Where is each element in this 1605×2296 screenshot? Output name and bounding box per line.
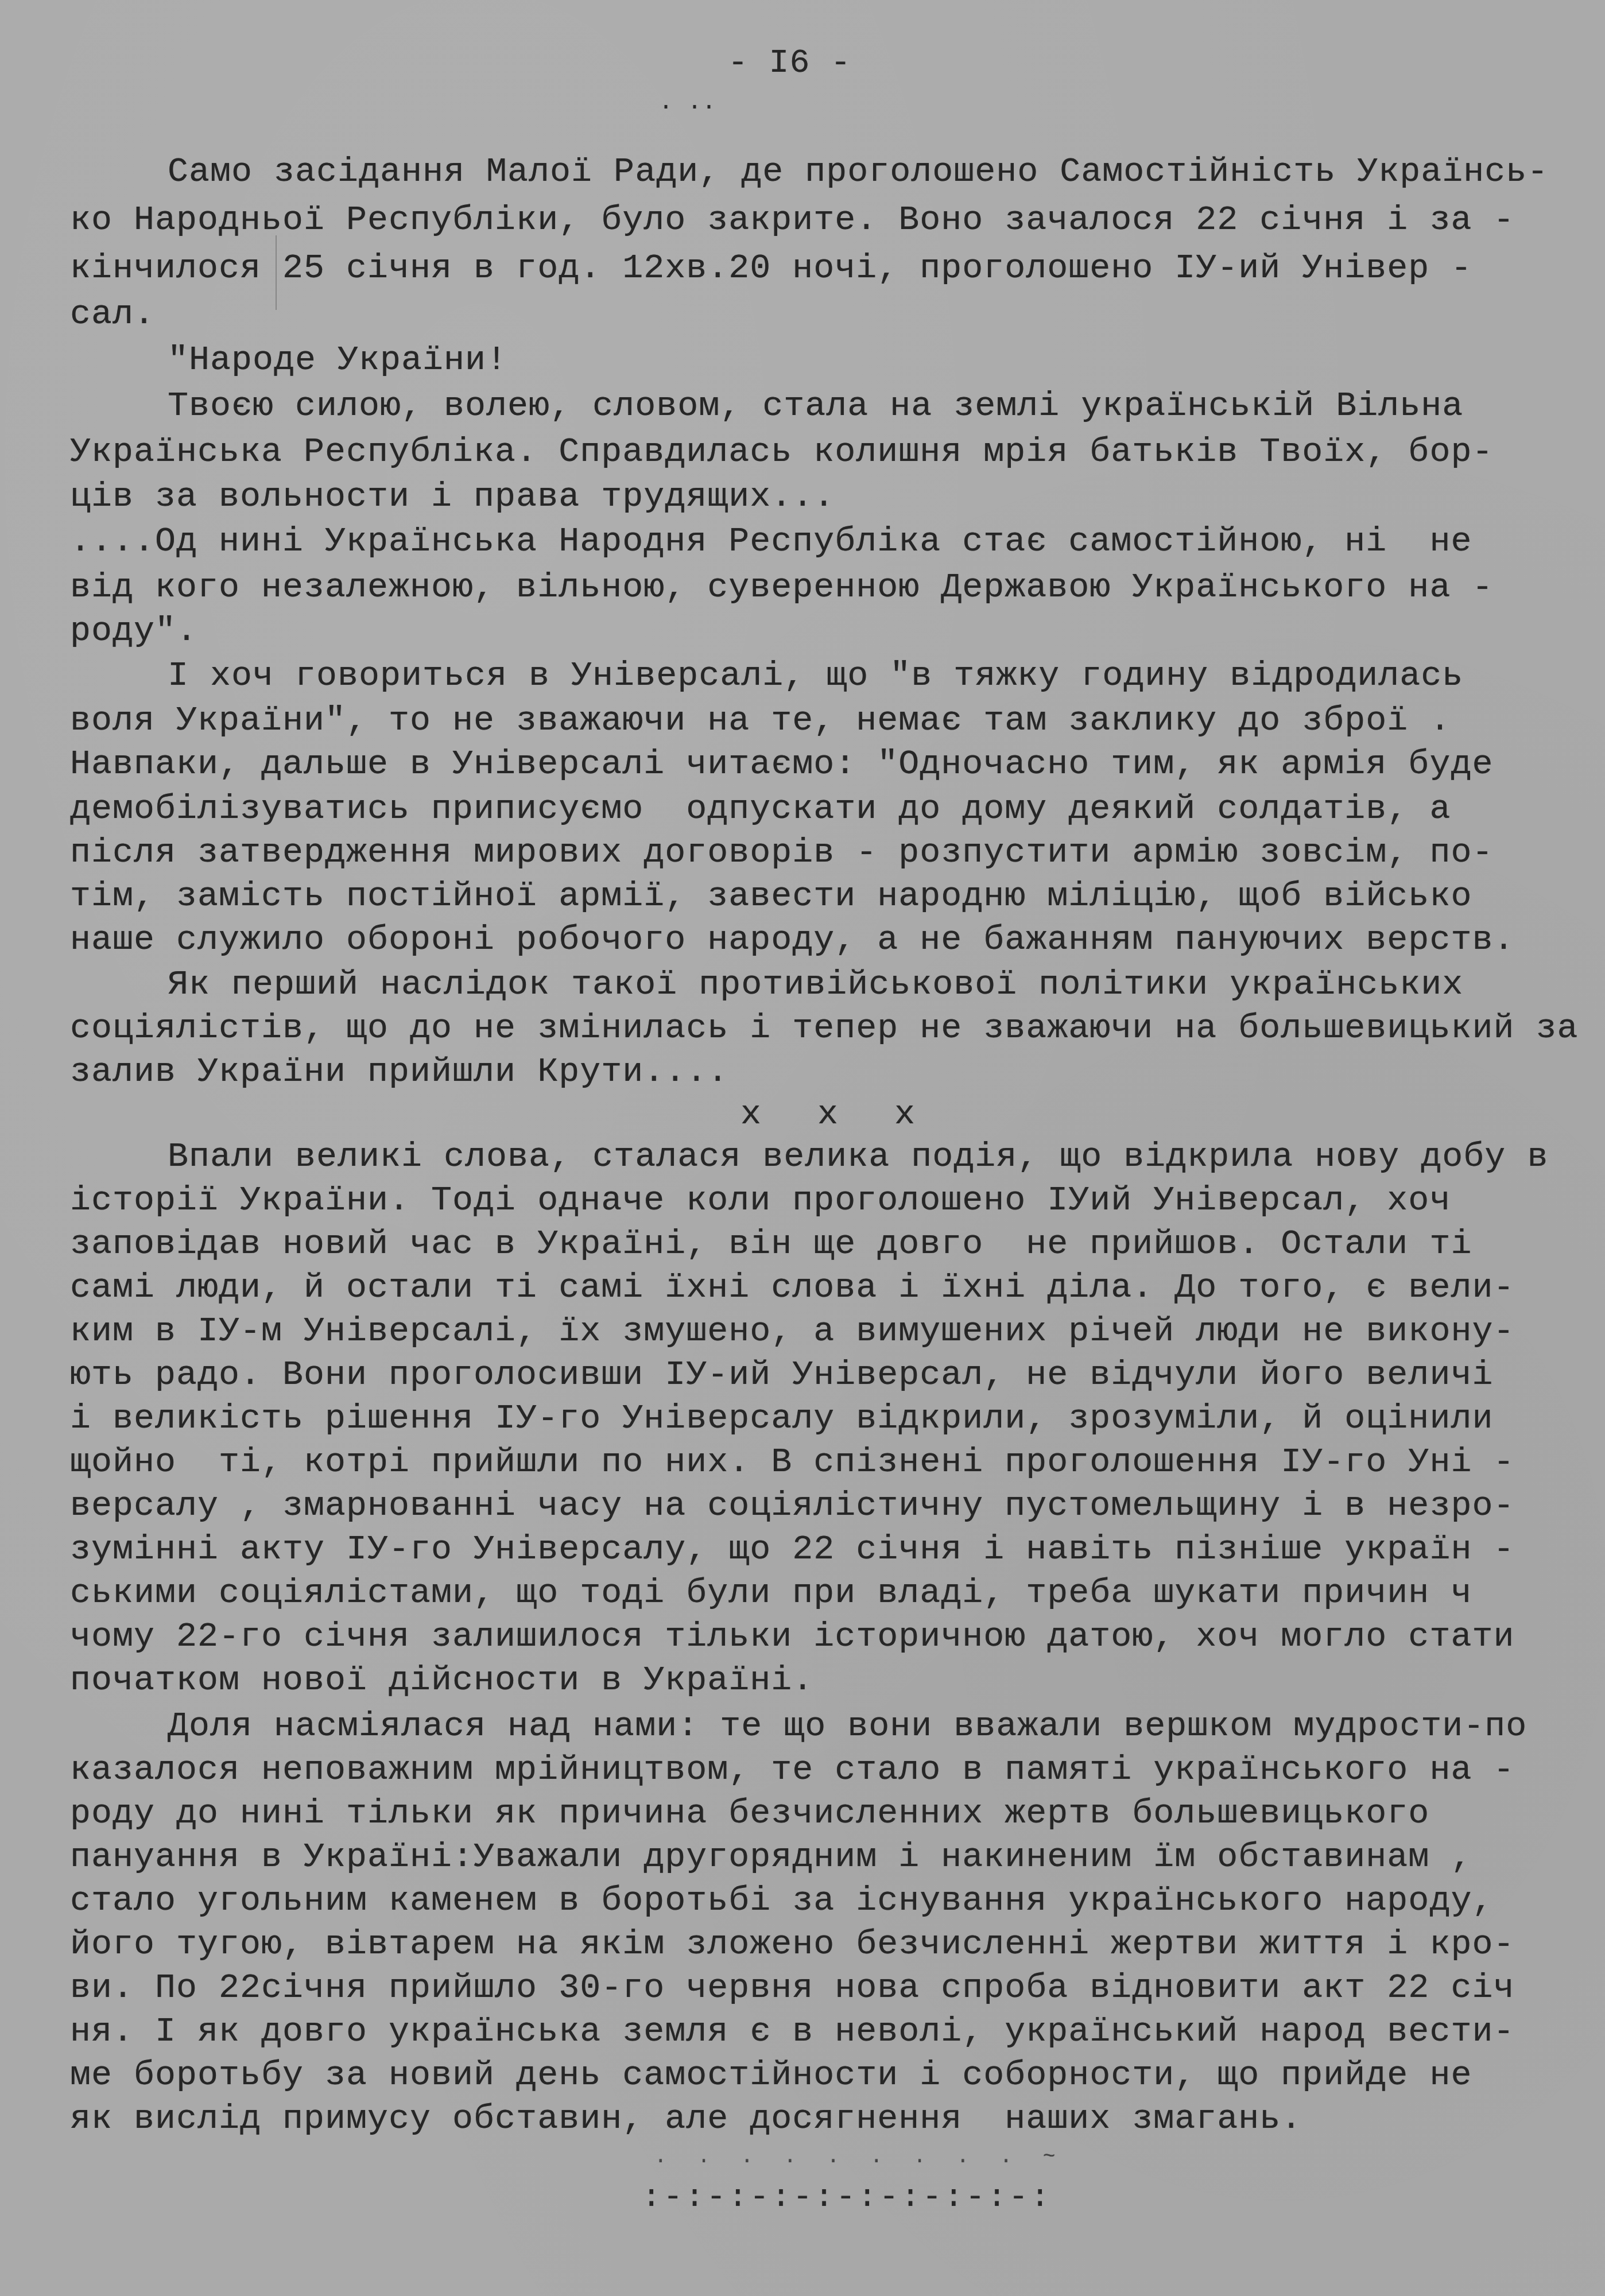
quote-line: від кого незалежною, вільною, суверенною…: [70, 571, 1563, 605]
text-line: кінчилося 25 січня в год. 12хв.20 ночі, …: [70, 251, 1563, 286]
stray-marks: . ..: [659, 92, 716, 115]
text-line: сал.: [70, 297, 1563, 332]
text-line: ня. І як довго українська земля є в нево…: [70, 2015, 1563, 2049]
quote-line: Твоєю силою, волею, словом, стала на зем…: [70, 389, 1563, 424]
text-line: Навпаки, дальше в Універсалі читаємо: "О…: [70, 747, 1563, 782]
end-rule: :-:-:-:-:-:-:-:-:-:: [642, 2181, 1052, 2213]
text-line: Як перший наслідок такої противійськової…: [70, 968, 1563, 1002]
text-line: і великість рішення IУ-го Універсалу від…: [70, 1402, 1563, 1436]
text-line: ме боротьбу за новий день самостійности …: [70, 2058, 1563, 2093]
text-line: як вислід примусу обставин, але досягнен…: [70, 2102, 1563, 2136]
text-line: ко Народньої Республіки, було закрите. В…: [70, 203, 1563, 238]
text-line: демобілізуватись приписуємо одпускати до…: [70, 792, 1563, 827]
text-line: початком нової дійсности в Україні.: [70, 1663, 1563, 1698]
decorative-dots: . . . . . . . . . ~: [654, 2147, 1064, 2167]
text-line: воля України", то не зважаючи на те, нем…: [70, 704, 1563, 738]
text-line: історії України. Тоді одначе коли прогол…: [70, 1184, 1563, 1218]
text-line: соціялістів, що до не змінилась і тепер …: [70, 1011, 1563, 1046]
text-line: Доля насміялася над нами: те що вони вва…: [70, 1709, 1563, 1744]
text-line: наше служило обороні робочого народу, а …: [70, 923, 1563, 957]
quote-line: "Народе України!: [70, 343, 1563, 378]
text-line: Впали великі слова, сталася велика подія…: [70, 1140, 1563, 1174]
page-number: - I6 -: [728, 47, 851, 80]
text-line: ви. По 22січня прийшло 30-го червня нова…: [70, 1971, 1563, 2006]
text-line: І хоч говориться в Універсалі, що "в тяж…: [70, 659, 1563, 693]
text-line: роду до нині тільки як причина безчислен…: [70, 1797, 1563, 1831]
text-line: тім, замість постійної армії, завести на…: [70, 879, 1563, 914]
section-separator: x x x: [741, 1097, 916, 1132]
text-line: зумінні акту IУ-го Універсалу, що 22 січ…: [70, 1533, 1563, 1567]
document-page: - I6 - . .. Само засідання Малої Ради, д…: [0, 0, 1605, 2296]
text-line: версалу , змарнованні часу на соціялісти…: [70, 1489, 1563, 1523]
quote-line: Українська Республіка. Справдилась колиш…: [70, 435, 1563, 470]
text-line: чому 22-го січня залишилося тільки істор…: [70, 1620, 1563, 1654]
text-line: пануання в Україні:Уважали другорядним і…: [70, 1840, 1563, 1875]
quote-line: ....Од нині Українська Народня Республік…: [70, 525, 1563, 559]
text-line: ють радо. Вони проголосивши IУ-ий Універ…: [70, 1358, 1563, 1393]
text-line: ким в IУ-м Універсалі, їх змушено, а вим…: [70, 1314, 1563, 1349]
text-line: казалося неповажним мрійництвом, те стал…: [70, 1753, 1563, 1787]
text-line: щойно ті, котрі прийшли по них. В спізне…: [70, 1445, 1563, 1480]
text-line: залив України прийшли Крути....: [70, 1055, 1563, 1089]
text-line: Само засідання Малої Ради, де проголошен…: [70, 155, 1563, 189]
text-line: ськими соціялістами, що тоді були при вл…: [70, 1576, 1563, 1611]
text-line: після затвердження мирових договорів - р…: [70, 836, 1563, 870]
text-line: заповідав новий час в Україні, він ще до…: [70, 1227, 1563, 1262]
text-line: його тугою, вівтарем на якім зложено без…: [70, 1927, 1563, 1962]
quote-line: роду".: [70, 614, 1563, 649]
quote-line: ців за вольности і права трудящих...: [70, 480, 1563, 514]
text-line: стало угольним каменем в боротьбі за існ…: [70, 1884, 1563, 1918]
text-line: самі люди, й остали ті самі їхні слова і…: [70, 1271, 1563, 1305]
